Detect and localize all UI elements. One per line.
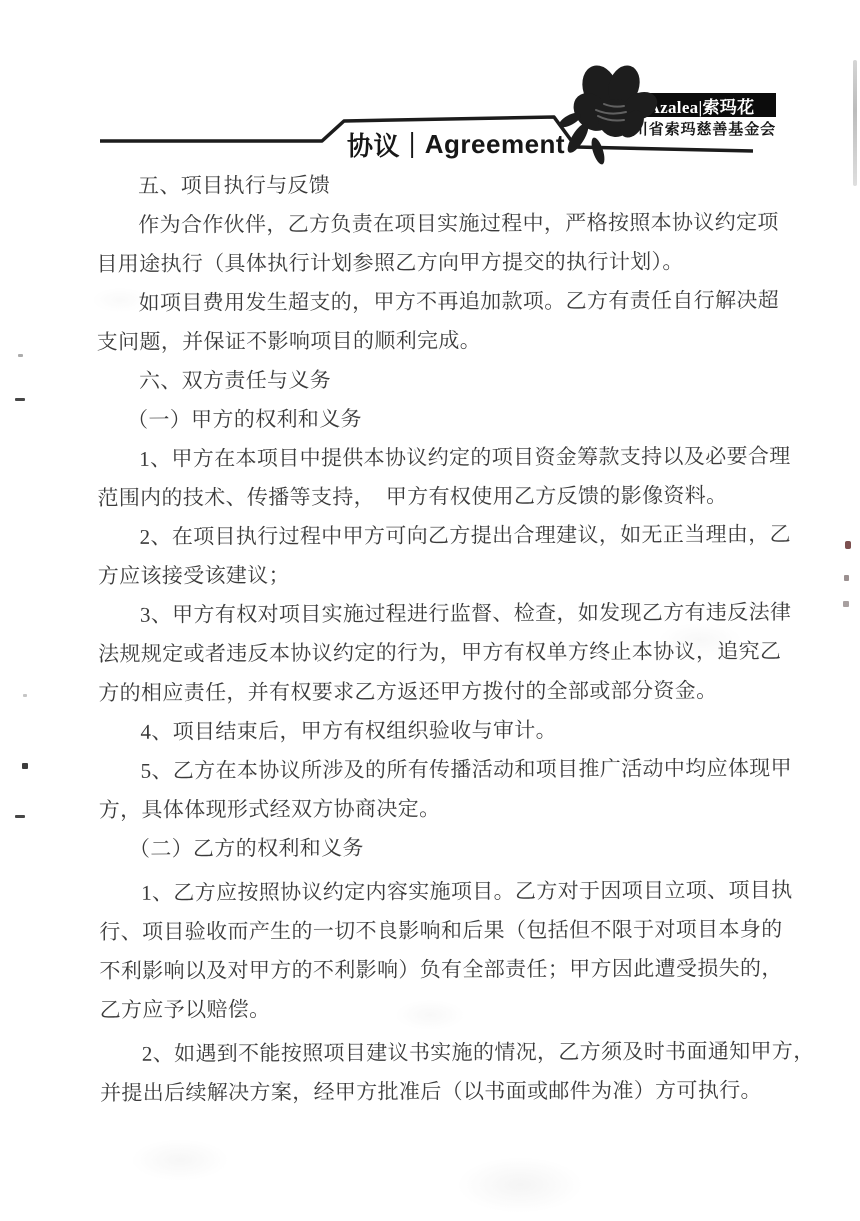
banner-title-en: Agreement	[425, 129, 565, 160]
doc-line: 方，具体体现形式经双方协商决定。	[99, 788, 809, 830]
doc-line: 不利影响以及对甲方的不利影响）负有全部责任；甲方因此遭受损失的，	[99, 949, 809, 991]
scanned-agreement-page: 协议 | Agreement Azalea|索玛花 四川省索玛慈善基金会 五、项…	[0, 0, 860, 1221]
scan-artifact	[845, 541, 851, 549]
doc-line: 1、甲方在本项目中提供本协议约定的项目资金筹款支持以及必要合理	[97, 437, 807, 479]
scan-artifact	[844, 575, 849, 581]
banner-title-separator-icon: |	[409, 128, 416, 160]
doc-line: 方应该接受该建议；	[98, 554, 808, 596]
doc-line: 3、甲方有权对项目实施过程进行监督、检查，如发现乙方有违反法律	[98, 593, 808, 635]
doc-line: 4、项目结束后，甲方有权组织验收与审计。	[98, 710, 808, 752]
doc-line: 2、在项目执行过程中甲方可向乙方提出合理建议，如无正当理由，乙	[98, 515, 808, 557]
banner-title-zh: 协议	[347, 126, 400, 163]
scan-artifact	[18, 354, 23, 357]
scan-edge-shadow	[853, 60, 857, 186]
doc-line: （二）乙方的权利和义务	[99, 827, 809, 869]
azalea-flower-icon	[558, 58, 670, 168]
doc-line: （一）甲方的权利和义务	[97, 398, 807, 440]
doc-line: 五、项目执行与反馈	[96, 164, 806, 206]
doc-line: 1、乙方应按照协议约定内容实施项目。乙方对于因项目立项、项目执	[99, 871, 809, 913]
doc-line: 方的相应责任，并有权要求乙方返还甲方拨付的全部或部分资金。	[98, 671, 808, 713]
doc-line: 法规规定或者违反本协议约定的行为，甲方有权单方终止本协议，追究乙	[98, 632, 808, 674]
doc-line: 范围内的技术、传播等支持， 甲方有权使用乙方反馈的影像资料。	[97, 476, 807, 518]
doc-line: 六、双方责任与义务	[97, 359, 807, 401]
doc-line: 2、如遇到不能按照项目建议书实施的情况，乙方须及时书面通知甲方，	[100, 1032, 810, 1074]
scan-artifact	[22, 763, 28, 769]
doc-line: 如项目费用发生超支的，甲方不再追加款项。乙方有责任自行解决超	[97, 281, 807, 323]
doc-line: 目用途执行（具体执行计划参照乙方向甲方提交的执行计划）。	[96, 242, 806, 284]
doc-line: 作为合作伙伴，乙方负责在项目实施过程中，严格按照本协议约定项	[96, 203, 806, 245]
scan-artifact	[15, 815, 25, 818]
doc-line: 5、乙方在本协议所涉及的所有传播活动和项目推广活动中均应体现甲	[99, 749, 809, 791]
banner-title: 协议 | Agreement	[347, 127, 565, 161]
doc-line: 行、项目验收而产生的一切不良影响和后果（包括但不限于对项目本身的	[99, 910, 809, 952]
scan-artifact	[15, 398, 25, 401]
scan-artifact	[23, 694, 27, 697]
scan-artifact	[843, 601, 849, 607]
document-body: 五、项目执行与反馈作为合作伙伴，乙方负责在项目实施过程中，严格按照本协议约定项目…	[96, 164, 810, 1113]
doc-line: 并提出后续解决方案，经甲方批准后（以书面或邮件为准）方可执行。	[100, 1071, 810, 1113]
doc-line: 乙方应予以赔偿。	[100, 988, 810, 1030]
doc-line: 支问题，并保证不影响项目的顺利完成。	[97, 320, 807, 362]
